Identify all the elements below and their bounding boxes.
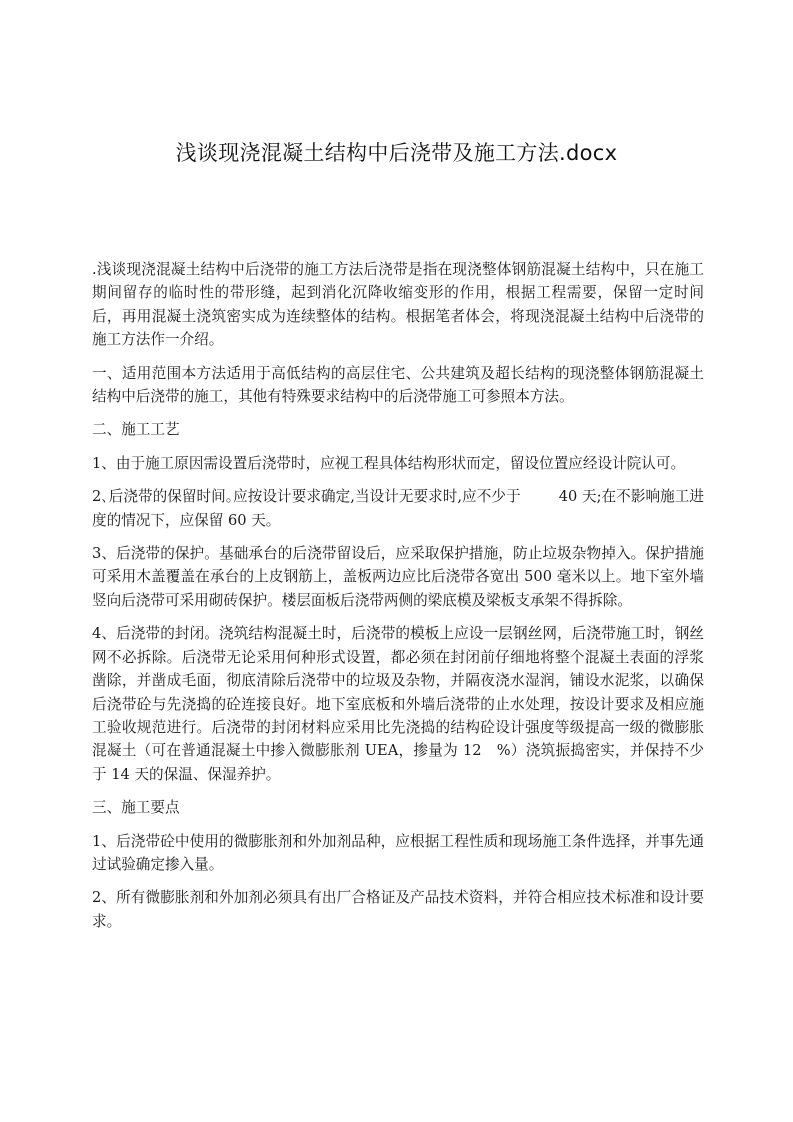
intro-paragraph: .浅谈现浇混凝土结构中后浇带的施工方法后浇带是指在现浇整体钢筋混凝土结构中，只在… <box>92 258 704 352</box>
section-3-heading: 三、施工要点 <box>92 796 704 819</box>
section-2-item-3: 3、后浇带的保护。基础承台的后浇带留设后，应采取保护措施，防止垃圾杂物掉入。保护… <box>92 542 704 612</box>
section-2-item-4: 4、后浇带的封闭。浇筑结构混凝土时，后浇带的模板上应设一层钢丝网，后浇带施工时，… <box>92 622 704 786</box>
item-2-text-before-gap: 2､后浇带的保留时间｡应按设计要求确定,当设计无要求时,应不少于 <box>92 488 521 505</box>
section-2-item-1: 1、由于施工原因需设置后浇带时，应视工程具体结构形状而定，留设位置应经设计院认可… <box>92 452 704 475</box>
section-2-item-2: 2､后浇带的保留时间｡应按设计要求确定,当设计无要求时,应不少于40 天;在不影… <box>92 485 704 532</box>
section-3-item-2: 2、所有微膨胀剂和外加剂必须具有出厂合格证及产品技术资料，并符合相应技术标准和设… <box>92 886 704 933</box>
document-body: .浅谈现浇混凝土结构中后浇带的施工方法后浇带是指在现浇整体钢筋混凝土结构中，只在… <box>92 258 704 943</box>
section-3-item-1: 1、后浇带砼中使用的微膨胀剂和外加剂品种，应根据工程性质和现场施工条件选择，并事… <box>92 830 704 877</box>
section-1-paragraph: 一、适用范围本方法适用于高低结构的高层住宅、公共建筑及超长结构的现浇整体钢筋混凝… <box>92 362 704 409</box>
document-page: 浅谈现浇混凝土结构中后浇带及施工方法.docx .浅谈现浇混凝土结构中后浇带的施… <box>0 0 793 1122</box>
section-2-heading: 二、施工工艺 <box>92 418 704 441</box>
document-title: 浅谈现浇混凝土结构中后浇带及施工方法.docx <box>0 138 793 168</box>
